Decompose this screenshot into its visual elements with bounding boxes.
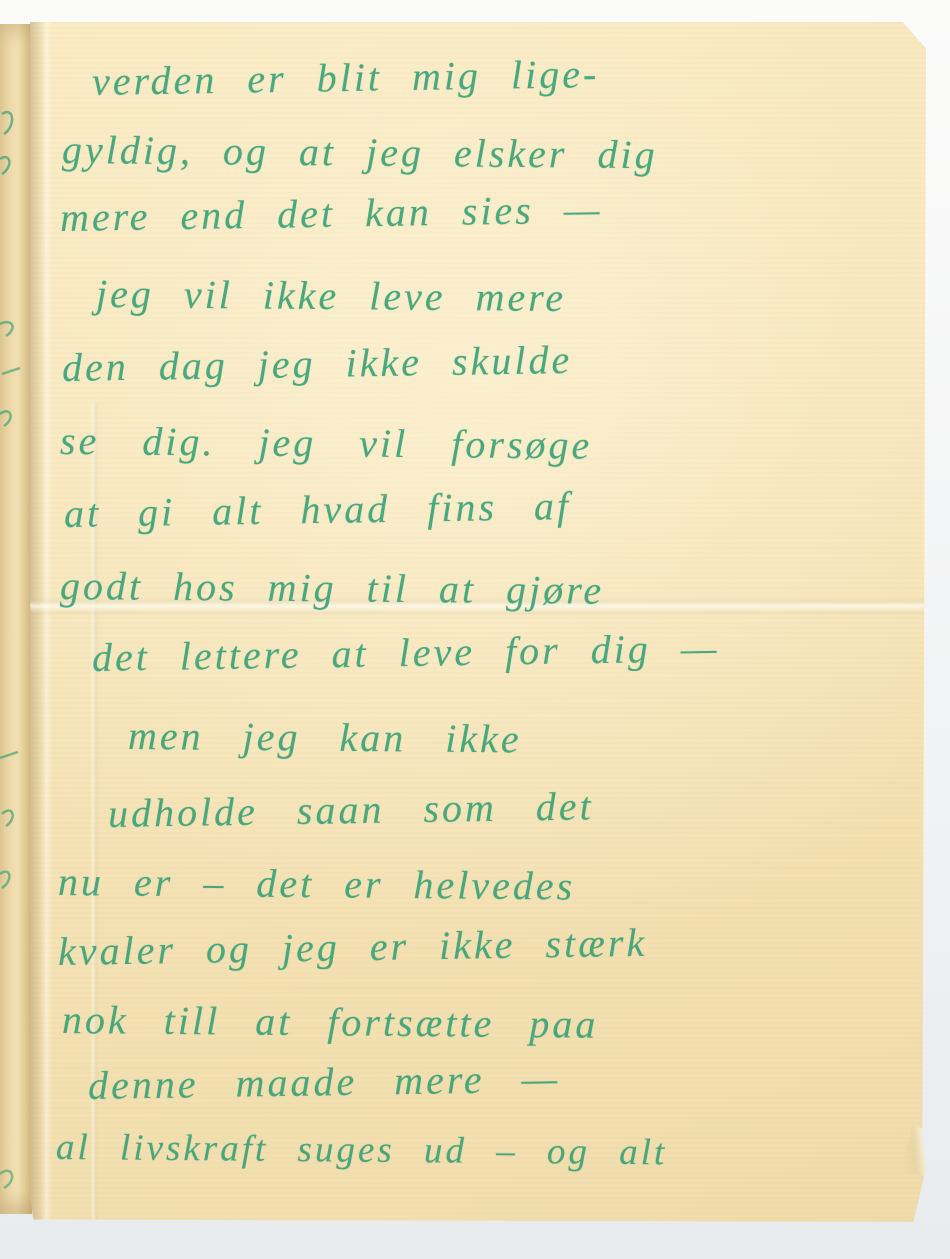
letter-page: verden er blit mig lige- gyldig, og at j… (30, 22, 926, 1222)
handwriting-line: det lettere at leve for dig — (92, 624, 720, 682)
handwriting-line: nu er – det er helvedes (58, 858, 576, 911)
stray-ink-mark (0, 314, 32, 454)
handwriting-line: den dag jeg ikke skulde (62, 336, 573, 392)
handwriting-line: udholde saan som det (108, 782, 594, 838)
scanned-letter: verden er blit mig lige- gyldig, og at j… (0, 0, 950, 1259)
handwriting-line: godt hos mig til at gjøre (60, 562, 604, 615)
handwriting-line: nok till at fortsætte paa (62, 996, 599, 1049)
handwriting-line: gyldig, og at jeg elsker dig (62, 126, 658, 179)
stray-ink-mark (0, 1154, 32, 1214)
handwriting-line: mere end det kan sies — (60, 185, 603, 242)
handwriting-line: denne maade mere — (88, 1055, 561, 1110)
fold-gutter-shadow (30, 22, 52, 1222)
handwriting-line: men jeg kan ikke (128, 712, 522, 763)
handwriting-line: jeg vil ikke leve mere (96, 270, 566, 322)
handwriting-line: kvaler og jeg er ikke stærk (58, 919, 648, 976)
handwriting-line: se dig. jeg vil forsøge (60, 417, 593, 470)
adjacent-page-edge (0, 24, 32, 1214)
stray-ink-mark (0, 744, 32, 904)
handwriting-line: al livskraft suges ud – og alt (56, 1124, 668, 1177)
handwriting-line: at gi alt hvad fins af (64, 482, 572, 538)
stray-ink-mark (0, 104, 32, 194)
torn-corner (901, 1126, 937, 1177)
handwriting-line: verden er blit mig lige- (92, 50, 600, 106)
